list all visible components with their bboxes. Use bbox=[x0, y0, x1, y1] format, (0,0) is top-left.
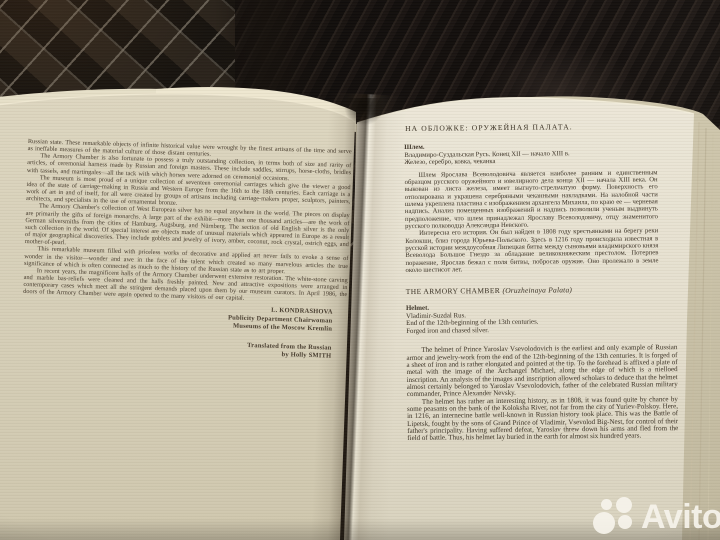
english-body-text: The helmet of Prince Yaroslav Vsevolodov… bbox=[406, 344, 678, 442]
paragraph: The helmet has rather an interesting his… bbox=[407, 396, 678, 443]
paragraph: Интересна его история. Он был найден в 1… bbox=[405, 228, 658, 275]
left-page-text: Russian state. These remarkable objects … bbox=[21, 138, 352, 362]
logo-circle bbox=[593, 512, 615, 534]
cover-heading-ru: НА ОБЛОЖКЕ: ОРУЖЕЙНАЯ ПАЛАТА. bbox=[405, 121, 678, 133]
avito-wordmark: Avito bbox=[641, 497, 720, 537]
caption-title-ru: Шлем. bbox=[404, 144, 424, 151]
paragraph: Шлем Ярослава Всеволодовича является наи… bbox=[404, 169, 658, 230]
right-page-text: НА ОБЛОЖКЕ: ОРУЖЕЙНАЯ ПАЛАТА. Шлем. Влад… bbox=[404, 121, 681, 443]
avito-logo-icon bbox=[593, 497, 637, 537]
photo-of-open-book: Russian state. These remarkable objects … bbox=[0, 0, 720, 540]
logo-circle bbox=[601, 499, 612, 510]
heading-transliteration: (Oruzheinaya Palata) bbox=[502, 286, 572, 296]
caption-ru: Шлем. Владимиро-Суздальская Русь. Конец … bbox=[404, 141, 678, 166]
signature-block: L. KONDRASHOVA Publicity Department Chai… bbox=[22, 299, 333, 334]
russian-body-text: Шлем Ярослава Всеволодовича является наи… bbox=[404, 169, 658, 274]
caption-line: Железо, серебро, ковка, чеканка bbox=[404, 156, 678, 166]
heading-text: THE ARMORY CHAMBER bbox=[406, 286, 501, 296]
caption-title-en: Helmet. bbox=[406, 305, 429, 312]
caption-en: Helmet. Vladimir-Suzdal Rus. End of the … bbox=[406, 302, 680, 335]
section-heading-en: THE ARMORY CHAMBER (Oruzheinaya Palata) bbox=[406, 284, 680, 296]
avito-watermark: Avito bbox=[593, 496, 720, 538]
logo-circle bbox=[616, 497, 632, 513]
logo-circle bbox=[618, 515, 632, 529]
paragraph: The helmet of Prince Yaroslav Vsevolodov… bbox=[406, 344, 678, 398]
